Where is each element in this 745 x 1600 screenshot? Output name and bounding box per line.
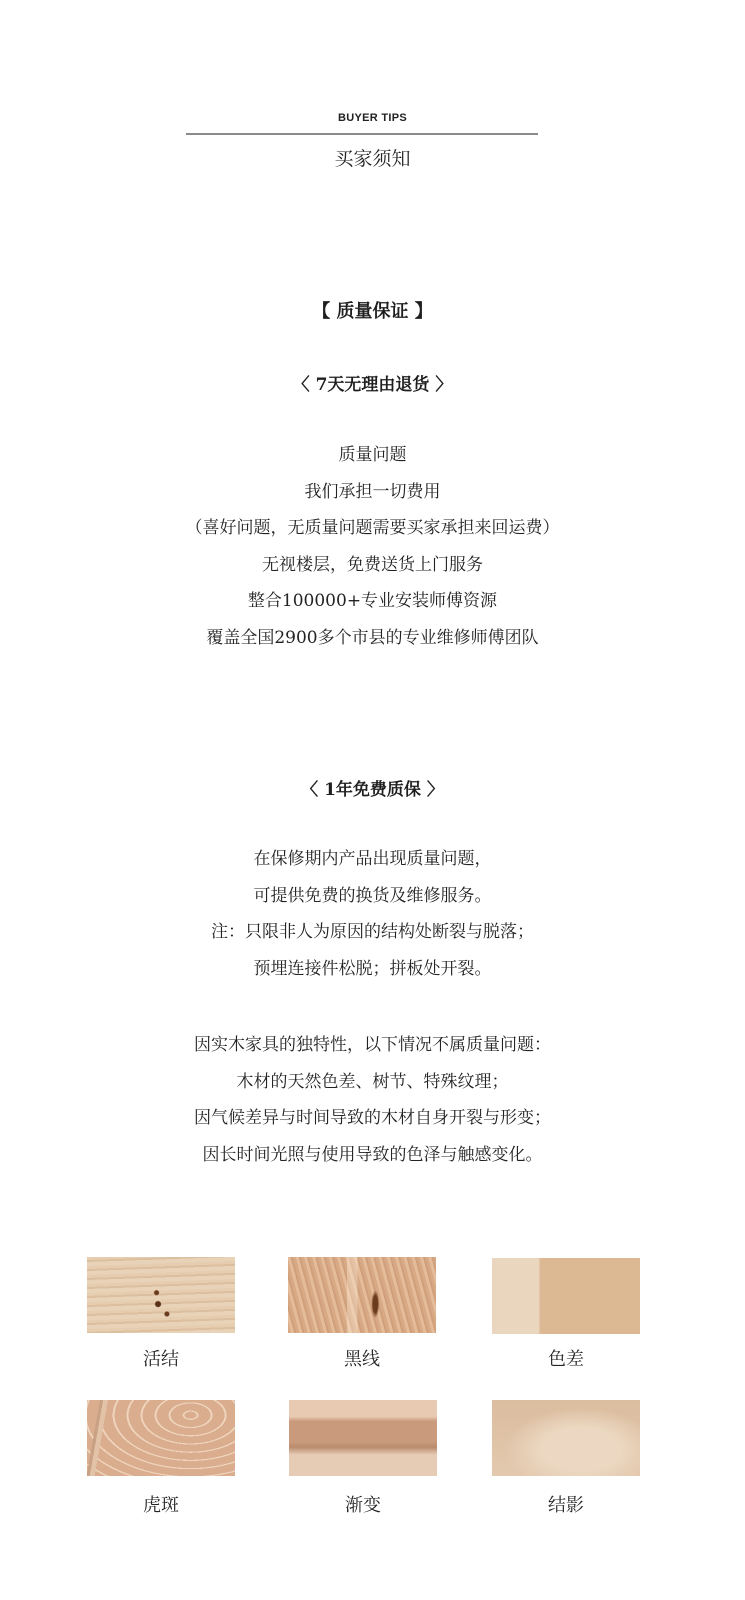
return-policy-line: （喜好问题，无质量问题需要买家承担来回运费） [0,510,745,547]
header-divider [186,133,538,135]
return-policy-line: 无视楼层，免费送货上门服务 [0,547,745,584]
wood-sample-label: 虎斑 [87,1491,235,1517]
wood-tiger-stripe-image [87,1400,235,1476]
warranty-line: 注：只限非人为原因的结构处断裂与脱落； [0,914,745,951]
return-policy-text: 质量问题 我们承担一切费用 （喜好问题，无质量问题需要买家承担来回运费） 无视楼… [0,437,745,656]
return-policy-line: 覆盖全国2900多个市县的专业维修师傅团队 [0,620,745,657]
wood-sample-label: 色差 [492,1345,640,1371]
warranty-exclusions: 因实木家具的独特性，以下情况不属质量问题： 木材的天然色差、树节、特殊纹理； 因… [0,1027,745,1173]
exclusion-line: 因长时间光照与使用导致的色泽与触感变化。 [0,1137,745,1174]
wood-black-line-image [288,1257,436,1333]
quality-guarantee-title: 【 质量保证 】 [0,297,745,323]
exclusion-line: 因实木家具的独特性，以下情况不属质量问题： [0,1027,745,1064]
warranty-line: 可提供免费的换货及维修服务。 [0,878,745,915]
exclusion-line: 因气候差异与时间导致的木材自身开裂与形变； [0,1100,745,1137]
wood-sample-label: 黑线 [288,1345,436,1371]
wood-gradient-image [289,1400,437,1476]
wood-knot-image [87,1257,235,1333]
wood-knot-shadow-image [492,1400,640,1476]
exclusion-line: 木材的天然色差、树节、特殊纹理； [0,1064,745,1101]
return-policy-line: 整合100000+专业安装师傅资源 [0,583,745,620]
wood-sample-label: 渐变 [289,1491,437,1517]
header-title-cn: 买家须知 [0,144,745,171]
wood-sample-label: 结影 [492,1491,640,1517]
return-policy-line: 质量问题 [0,437,745,474]
header-title-en: BUYER TIPS [0,112,745,124]
warranty-text: 在保修期内产品出现质量问题， 可提供免费的换货及维修服务。 注：只限非人为原因的… [0,841,745,987]
return-policy-title: 〈 7天无理由退货 〉 [0,370,745,395]
wood-color-difference-image [492,1258,640,1334]
warranty-line: 在保修期内产品出现质量问题， [0,841,745,878]
wood-sample-label: 活结 [87,1345,235,1371]
warranty-line: 预埋连接件松脱；拼板处开裂。 [0,951,745,988]
return-policy-line: 我们承担一切费用 [0,474,745,511]
warranty-title: 〈 1年免费质保 〉 [0,775,745,800]
